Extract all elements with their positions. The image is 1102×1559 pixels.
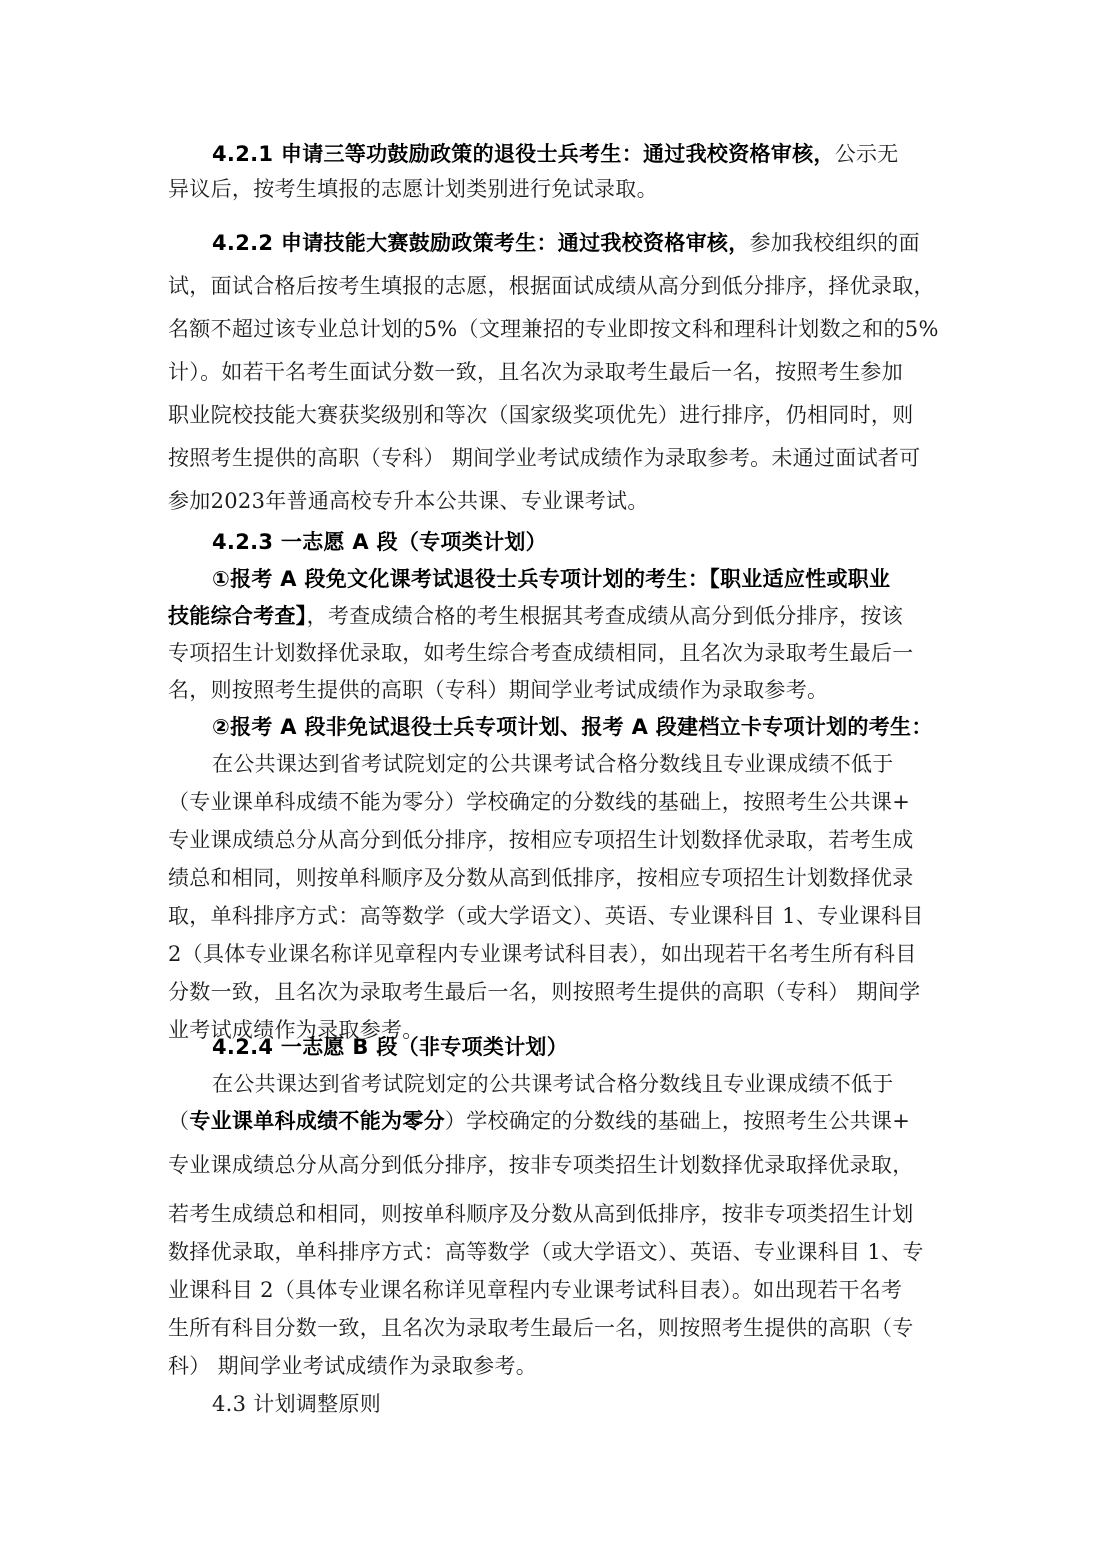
- section-4-2-2-line-1: 4.2.2 申请技能大赛鼓励政策考生：通过我校资格审核，参加我校组织的面: [212, 228, 936, 258]
- paragraph-line: 专业课成绩总分从高分到低分排序，按非专项类招生计划数择优录取择优录取，: [168, 1150, 936, 1180]
- section-4-2-1-line-2: 异议后，按考生填报的志愿计划类别进行免试录取。: [168, 174, 936, 204]
- item-1-heading: ①报考 A 段免文化课考试退役士兵专项计划的考生：【职业适应性或职业: [212, 564, 936, 594]
- emphasis-text: 专业课单科成绩不能为零分: [189, 1109, 445, 1133]
- paragraph-line: 取，单科排序方式：高等数学（或大学语文）、英语、专业课科目 1、专业课科目: [168, 901, 936, 931]
- section-4-2-2-title: 4.2.2 申请技能大赛鼓励政策考生：通过我校资格审核，: [212, 231, 750, 255]
- paragraph-line: 名额不超过该专业总计划的5%（文理兼招的专业即按文科和理科计划数之和的5%: [168, 314, 936, 344]
- paragraph-line: 专业课成绩总分从高分到低分排序，按相应专项招生计划数择优录取，若考生成: [168, 825, 936, 855]
- paragraph-line: 在公共课达到省考试院划定的公共课考试合格分数线且专业课成绩不低于: [212, 749, 936, 779]
- paragraph-line: 业课科目 2（具体专业课名称详见章程内专业课考试科目表）。如出现若干名考: [168, 1275, 936, 1305]
- paragraph-line: 生所有科目分数一致，且名次为录取考生最后一名，则按照考生提供的高职（专: [168, 1313, 936, 1343]
- paragraph-line: 技能综合考查】，考查成绩合格的考生根据其考查成绩从高分到低分排序，按该: [168, 601, 936, 631]
- paragraph-line: （专业课单科成绩不能为零分）学校确定的分数线的基础上，按照考生公共课+: [168, 787, 936, 817]
- section-4-2-4-heading: 4.2.4 一志愿 B 段（非专项类计划）: [212, 1032, 936, 1062]
- paragraph-line: （专业课单科成绩不能为零分）学校确定的分数线的基础上，按照考生公共课+: [168, 1106, 936, 1136]
- paragraph-line: 在公共课达到省考试院划定的公共课考试合格分数线且专业课成绩不低于: [212, 1069, 936, 1099]
- paragraph-line: 名，则按照考生提供的高职（专科）期间学业考试成绩作为录取参考。: [168, 675, 936, 705]
- paragraph-line: 绩总和相同，则按单科顺序及分数从高到低排序，按相应专项招生计划数择优录: [168, 863, 936, 893]
- paragraph-line: 若考生成绩总和相同，则按单科顺序及分数从高到低排序，按非专项类招生计划: [168, 1199, 936, 1229]
- section-4-2-3-heading: 4.2.3 一志愿 A 段（专项类计划）: [212, 527, 936, 557]
- item-2-heading: ②报考 A 段非免试退役士兵专项计划、报考 A 段建档立卡专项计划的考生：: [212, 712, 936, 742]
- section-4-2-1-title: 4.2.1 申请三等功鼓励政策的退役士兵考生：通过我校资格审核，: [212, 142, 835, 166]
- paragraph-line: 职业院校技能大赛获奖级别和等次（国家级奖项优先）进行排序，仍相同时，则: [168, 400, 936, 430]
- paragraph-line: 按照考生提供的高职（专科） 期间学业考试成绩作为录取参考。未通过面试者可: [168, 443, 936, 473]
- paragraph-line: 参加2023年普通高校专升本公共课、专业课考试。: [168, 486, 936, 516]
- paragraph-line: 科） 期间学业考试成绩作为录取参考。: [168, 1351, 936, 1381]
- paragraph-line: 计）。如若干名考生面试分数一致，且名次为录取考生最后一名，按照考生参加: [168, 357, 936, 387]
- paragraph-line: 2（具体专业课名称详见章程内专业课考试科目表），如出现若干名考生所有科目: [168, 939, 936, 969]
- paragraph-line: 数择优录取，单科排序方式：高等数学（或大学语文）、英语、专业课科目 1、专: [168, 1237, 936, 1267]
- paragraph-line: 专项招生计划数择优录取，如考生综合考查成绩相同，且名次为录取考生最后一: [168, 638, 936, 668]
- paragraph-line: 试，面试合格后按考生填报的志愿，根据面试成绩从高分到低分排序，择优录取，: [168, 271, 936, 301]
- paragraph-line: 分数一致，且名次为录取考生最后一名，则按照考生提供的高职（专科） 期间学: [168, 977, 936, 1007]
- section-4-3-heading: 4.3 计划调整原则: [212, 1389, 936, 1419]
- section-4-2-1-line-1: 4.2.1 申请三等功鼓励政策的退役士兵考生：通过我校资格审核，公示无: [212, 139, 936, 169]
